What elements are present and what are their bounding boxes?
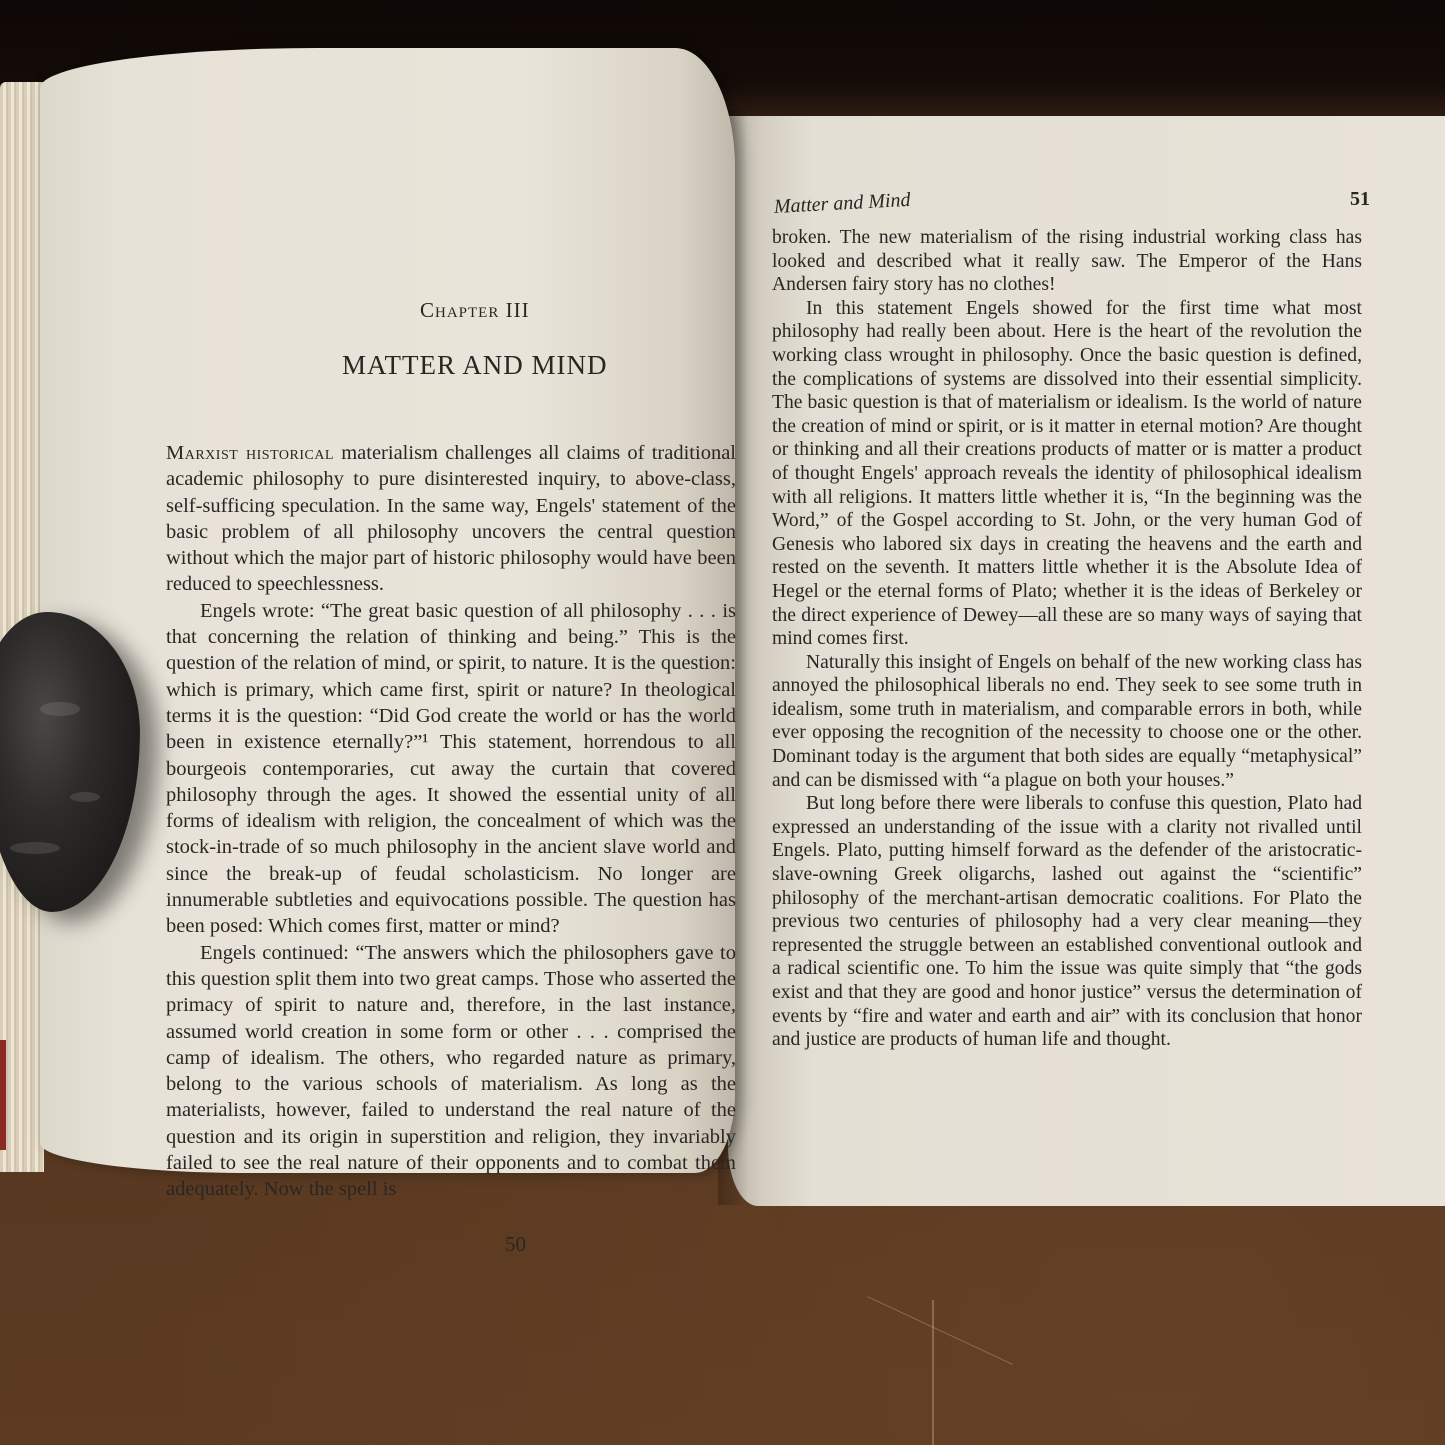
right-page-body: broken. The new materialism of the risin… — [772, 226, 1362, 1052]
chapter-label: Chapter III — [420, 298, 530, 323]
paragraph: Engels wrote: “The great basic question … — [166, 598, 736, 940]
paragraph: Naturally this insight of Engels on beha… — [772, 651, 1362, 793]
paragraph: In this statement Engels showed for the … — [772, 297, 1362, 651]
paragraph-text: materialism challenges all claims of tra… — [166, 442, 736, 595]
paragraph: Engels continued: “The answers which the… — [166, 940, 736, 1203]
rock-glint — [10, 842, 60, 854]
paragraph: broken. The new materialism of the risin… — [772, 226, 1362, 297]
open-book: Chapter III MATTER AND MIND Marxist hist… — [0, 0, 1445, 1445]
page-number-left: 50 — [505, 1232, 526, 1257]
paragraph: Marxist historical materialism challenge… — [166, 440, 736, 598]
paragraph: But long before there were liberals to c… — [772, 792, 1362, 1052]
book-cover-edge — [0, 1040, 6, 1150]
left-page-body: Marxist historical materialism challenge… — [166, 440, 736, 1203]
lead-in-small-caps: Marxist historical — [166, 442, 334, 464]
rock-glint — [70, 792, 100, 802]
chapter-title: MATTER AND MIND — [342, 350, 608, 381]
rock-glint — [40, 702, 80, 716]
page-number-right: 51 — [1350, 188, 1370, 211]
